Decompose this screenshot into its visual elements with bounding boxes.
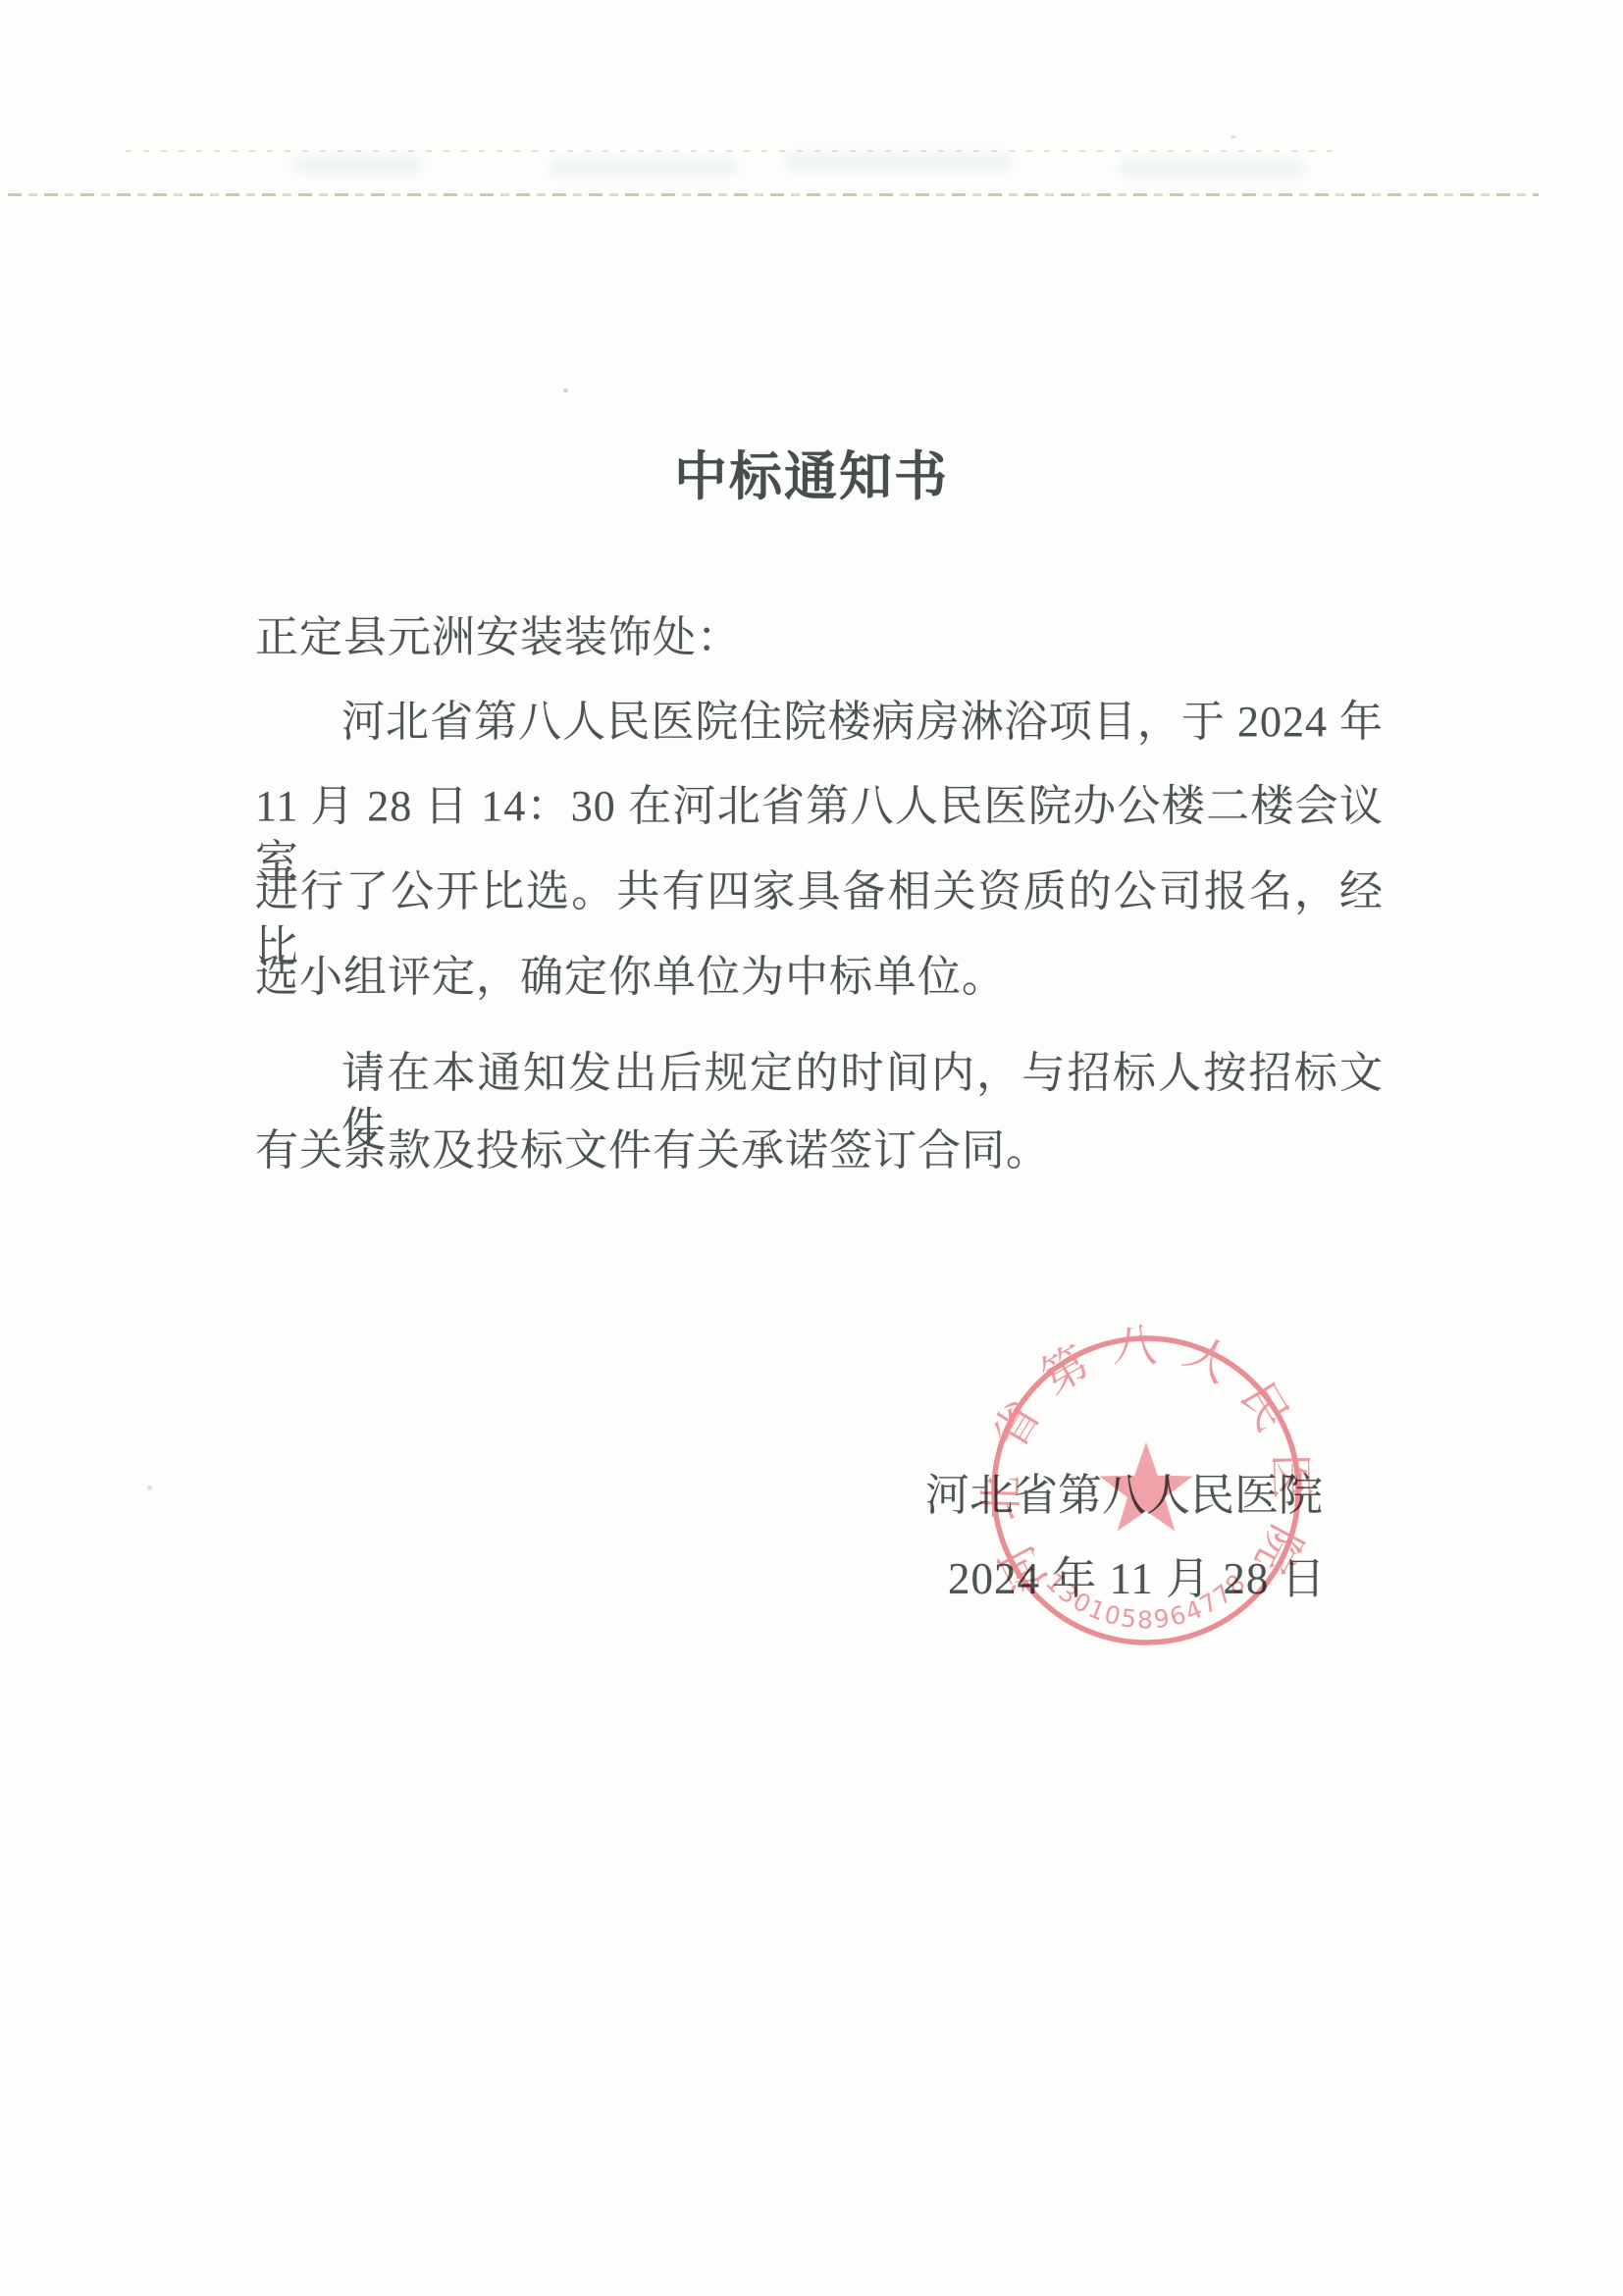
seal-star-icon <box>1099 1442 1192 1532</box>
body-line: 河北省第八人民医院住院楼病房淋浴项目，于 2024 年 <box>255 695 1384 750</box>
official-seal-stamp: 河北省第八人民医院 1301058964778 <box>962 1305 1335 1678</box>
scan-artifact-smudge <box>1119 160 1305 176</box>
scan-artifact-dotted-line <box>126 150 1335 152</box>
scan-speck <box>563 389 568 392</box>
document-title: 中标通知书 <box>0 435 1623 510</box>
salutation-line: 正定县元洲安装装饰处： <box>255 610 1384 665</box>
scan-speck <box>1230 135 1236 138</box>
body-line: 选小组评定，确定你单位为中标单位。 <box>255 950 1384 1005</box>
scan-artifact-smudge <box>785 155 1011 171</box>
scan-artifact-dashed-line <box>8 193 1539 196</box>
scan-artifact-smudge <box>294 157 422 173</box>
body-line: 有关条款及投标文件有关承诺签订合同。 <box>255 1123 1384 1178</box>
scan-artifact-smudge <box>550 159 736 175</box>
scanned-document-page: 中标通知书 正定县元洲安装装饰处： 河北省第八人民医院住院楼病房淋浴项目，于 2… <box>0 0 1623 2296</box>
scan-speck <box>147 1486 152 1490</box>
